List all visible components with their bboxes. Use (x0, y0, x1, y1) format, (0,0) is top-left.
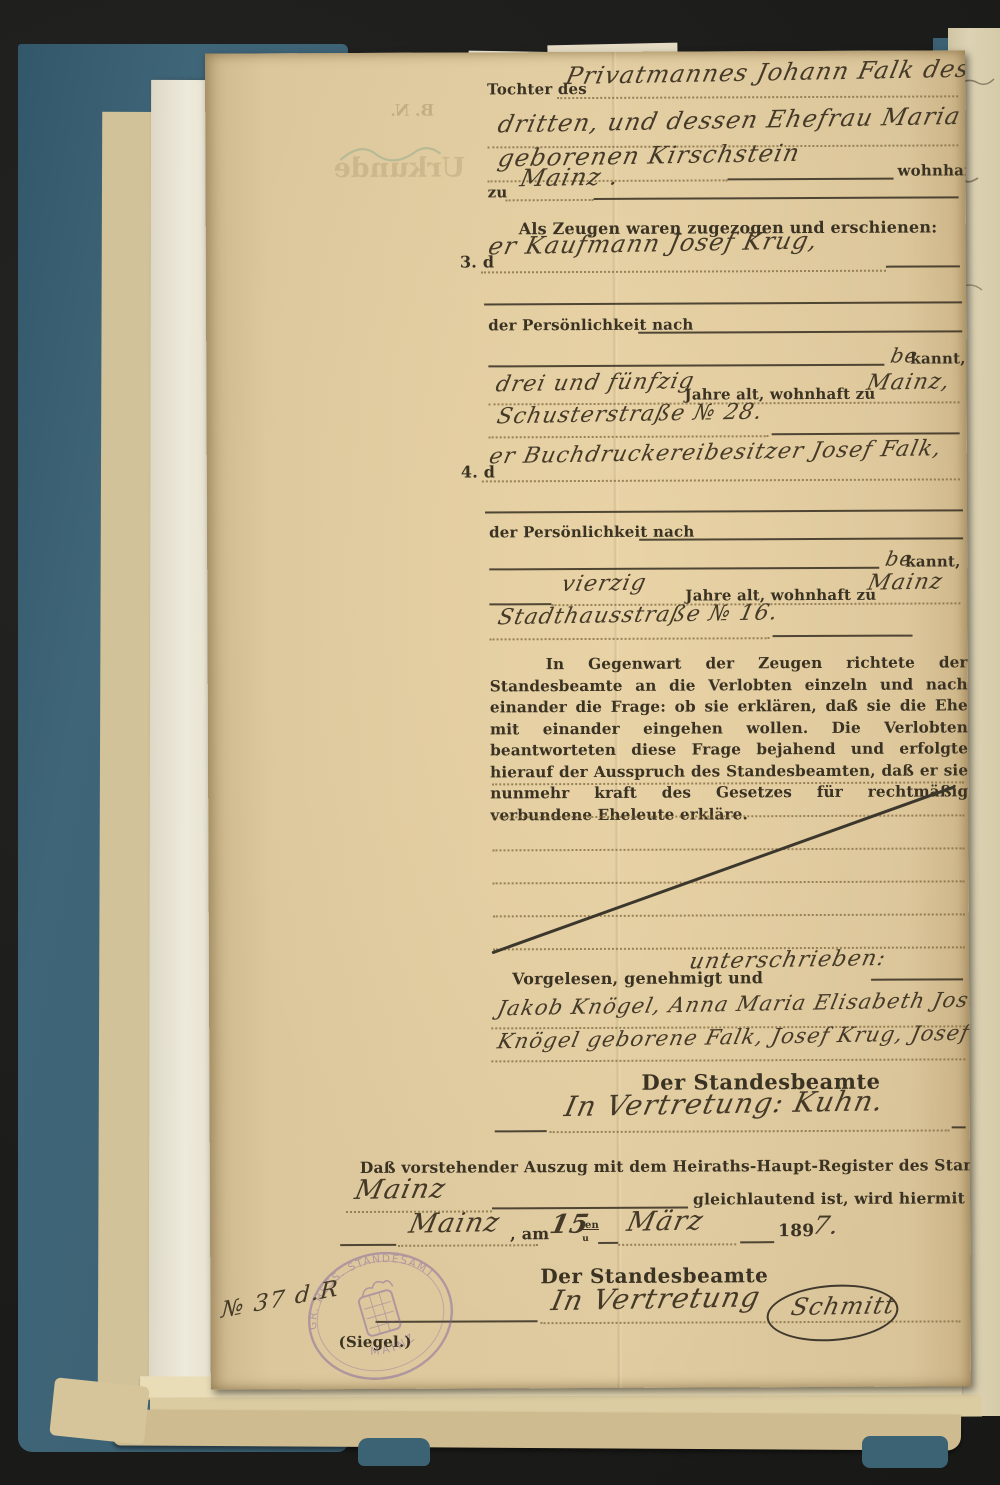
label-gleichlautend: gleichlautend ist, wird hiermit bestätig… (693, 1188, 971, 1209)
hw-month: März (624, 1205, 707, 1237)
rule-w4-address-solid (773, 635, 913, 638)
hw-signatures-line1: Jakob Knögel, Anna Maria Elisabeth Josep… (495, 986, 971, 1020)
office-seal-stamp: GR. HESS. STANDESAMT MAINZ (292, 1245, 469, 1388)
label-u: u (582, 1234, 589, 1244)
label-w4-kannt: kannt, (905, 552, 960, 570)
hw-vertretung-kuhn: In Vertretung: Kuhn. (562, 1084, 888, 1123)
showthrough-green-scribble (335, 135, 445, 175)
cover-tab-bottom-right (862, 1436, 948, 1468)
hw-cert-city: Mainz (352, 1173, 449, 1206)
rule-w3-blank (484, 301, 962, 305)
bottom-page-edge-3 (113, 1409, 961, 1450)
rule-date-mid2 (740, 1241, 774, 1243)
rule-w3-address (489, 435, 769, 438)
hw-w4-city: Mainz (865, 569, 945, 595)
rule-w4-blank (485, 509, 963, 513)
rule-signatures-2 (491, 1058, 965, 1062)
registry-extract-page: B. N. Urkunde Tochter des Privatmannes J… (205, 50, 971, 1389)
label-siegel: (Siegel.) (339, 1333, 412, 1351)
label-ten: ten (580, 1220, 599, 1231)
hw-vertretung-2: In Vertretung (549, 1280, 764, 1317)
rule-date-month (618, 1243, 736, 1246)
rule-zu-solid (594, 196, 959, 200)
rule-unterschrieben (871, 978, 963, 980)
rule-parents-1 (557, 95, 958, 99)
cover-tab-bottom-center (358, 1438, 430, 1466)
hw-signature-schmitt: Schmitt (789, 1291, 899, 1321)
hw-w3-age: drei und fünfzig (494, 369, 698, 398)
rule-date-mid1 (598, 1242, 618, 1244)
hw-year-suffix: 7. (810, 1211, 843, 1241)
label-am: , am (510, 1224, 549, 1243)
hw-w4-age: vierzig (559, 571, 649, 598)
rule-w3-persoenlichkeit (638, 330, 962, 333)
rule-parents-3b (728, 178, 894, 181)
rule-vertretung1-left (495, 1130, 547, 1132)
rule-vertretung2 (541, 1320, 961, 1324)
rule-w3-name-solid (886, 265, 960, 267)
rule-blank-5 (493, 913, 965, 917)
rule-w3-bekannt (488, 364, 884, 368)
hw-witness3-name: er Kaufmann Josef Krug, (486, 226, 821, 260)
hw-w4-address: Stadthausstraße № 16. (496, 600, 781, 630)
label-wohnhaft: wohnhaft (897, 161, 970, 179)
hw-witness4-name: er Buchdruckereibesitzer Josef Falk, (487, 436, 944, 469)
label-w3-kannt: kannt, (910, 349, 965, 367)
rule-w3-name (481, 270, 886, 274)
hw-date-place: Mainz (406, 1207, 503, 1240)
label-year-prefix: 189 (778, 1221, 814, 1241)
hw-city-mainz-1: Mainz . (518, 162, 623, 192)
rule-w3-address-solid (772, 432, 960, 435)
hw-unterschrieben: unterschrieben: (687, 946, 889, 975)
hw-w3-city: Mainz, (865, 369, 953, 396)
hw-signatures-line2: Knögel geborene Falk, Josef Krug, Josef … (495, 1020, 970, 1054)
rule-vertretung1-right (952, 1126, 966, 1128)
showthrough-text-bn: B. N. (390, 101, 434, 120)
rule-w4-bekannt (489, 567, 879, 571)
rule-blank-4 (493, 880, 965, 884)
rule-w4-name (482, 478, 960, 482)
rule-blank-3 (492, 847, 964, 851)
hw-father-line2: dritten, und dessen Ehefrau Maria Antoni… (495, 100, 970, 139)
hw-father-line1: Privatmannes Johann Falk des (563, 55, 971, 90)
label-zu: zu (488, 183, 508, 201)
hw-w3-address: Schusterstraße № 28. (495, 400, 766, 430)
bottom-left-page-flap (49, 1377, 150, 1445)
declaration-paragraph: In Gegenwart der Zeugen richtete der Sta… (490, 652, 969, 826)
rule-vertretung1 (550, 1129, 950, 1133)
rule-zu-dotted (506, 199, 594, 201)
rule-w4-address (490, 637, 770, 640)
certification-intro: Daß vorstehender Auszug mit dem Heiraths… (360, 1155, 971, 1177)
rule-w4-persoenlichkeit (639, 537, 963, 540)
